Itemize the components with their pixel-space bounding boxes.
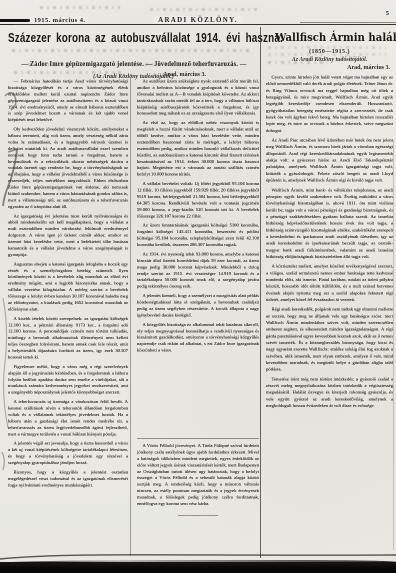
obituary-dateline: Arad, március 3.	[266, 65, 393, 71]
article-obituary: Wallfisch Ármin halála. (1850—1915.) Az …	[266, 28, 393, 563]
article-column-2-main: Az autóbusz üzem szükséglete nyolc eszte…	[137, 78, 259, 436]
scan-shadow-band	[0, 562, 396, 573]
page-edge-line	[393, 140, 394, 550]
bleed-through-line	[40, 6, 120, 9]
obituary-paragraph: Temetése iránt még nem történt intézkedé…	[266, 375, 393, 408]
newspaper-page: 1915. március 4. ARADI KÖZLÖNY. 5 Százez…	[0, 0, 396, 573]
article-paragraph: Az igazgatóság évi jelentése most került…	[8, 213, 128, 258]
obituary-headline: Wallfisch Ármin halála.	[275, 30, 396, 44]
article-paragraph: Az autóbusz üzem szükséglete nyolc eszte…	[137, 78, 259, 117]
article-paragraph: Az üzem fenntartásának igazgatási költsé…	[137, 222, 259, 248]
article-note-paragraph: A Vörös Félhold jövevényei. A Titela Fül…	[137, 443, 259, 507]
obituary-paragraph: A köztisztelet mellett, amelyet közéleti…	[266, 263, 393, 303]
article-paragraph: Oly kedvezőtlen jövedelmi viszonyok közö…	[8, 126, 128, 210]
page-number: 5	[386, 10, 389, 17]
article-paragraph: Augusztus elsején a katonai igazgatás le…	[8, 261, 128, 313]
article-paragraph: Figyelemre méltó, hogy a város még a rég…	[8, 363, 128, 395]
article-paragraph: A vállalat bevételei voltak: Uj főtéri j…	[137, 181, 259, 220]
obituary-paragraph: Gyors, szinte hirtelen jött halál vetett…	[266, 74, 393, 134]
article-headline: Százezer korona az autobuszvállalat 1914…	[8, 30, 283, 45]
article-columns: — Februárius hatodikán tartja Arad város…	[8, 78, 259, 557]
article-dateline: Arad, március 3.	[8, 72, 206, 78]
article-end-rule	[178, 515, 218, 516]
header-rule-secondary	[300, 22, 396, 23]
obituary-paragraph: Az Aradi Piac utczában lévő üzletében má…	[266, 137, 393, 184]
obituary-headline-row: Wallfisch Ármin halála.	[266, 28, 393, 46]
bleed-through-line	[12, 49, 252, 52]
section-divider-rule	[137, 438, 259, 439]
article-paragraph: Az 1914. évi nyereség tehát 93.000 koron…	[137, 251, 259, 290]
article-paragraph: A kisebb tételek között szerepelnek: az …	[8, 315, 128, 360]
article-paragraph: — Februárius hatodikán tartja Arad város…	[8, 78, 128, 123]
article-paragraph: Az első az, hogy az előállott nehéz visz…	[137, 120, 259, 178]
article-paragraph: Bizonyos, hogy a közgyűlés a jelentést o…	[8, 469, 128, 488]
bleed-through-line	[150, 8, 260, 11]
scan-mark-dash	[0, 24, 14, 25]
masthead: ARADI KÖZLÖNY.	[153, 16, 243, 24]
edition-date: 1915. március 4.	[31, 17, 88, 24]
article-paragraph: A teherfuvarozás uj üzemága a várakozáso…	[8, 399, 128, 438]
article-column-1: — Februárius hatodikán tartja Arad város…	[8, 78, 128, 557]
column-rule-inner	[130, 78, 131, 556]
scan-mark-dash	[0, 19, 30, 22]
obituary-life-dates: (1850—1915.)	[266, 49, 393, 55]
article-paragraph: A jelentés végül azt javasolja, hogy a t…	[8, 440, 128, 466]
header-rule	[0, 24, 396, 25]
obituary-credit: Az Aradi Közlöny tudósitójától.	[266, 57, 393, 63]
obituary-body: Gyors, szinte hirtelen jött halál vetett…	[266, 74, 393, 563]
article-paragraph: A jelentés kiemeli, hogy a személyzet a …	[137, 293, 259, 319]
article-paragraph: A közgyűlés bizottsága ez alkalommal teh…	[137, 321, 259, 353]
obituary-paragraph: Régi aradi kereskedők, polgárok nem tudt…	[266, 306, 393, 373]
obituary-paragraph: Wallfisch Ármin, mint bank- és váltóüzle…	[266, 186, 393, 259]
column-rule-main	[260, 27, 261, 558]
article-column-2: Az autóbusz üzem szükséglete nyolc eszte…	[137, 78, 259, 557]
